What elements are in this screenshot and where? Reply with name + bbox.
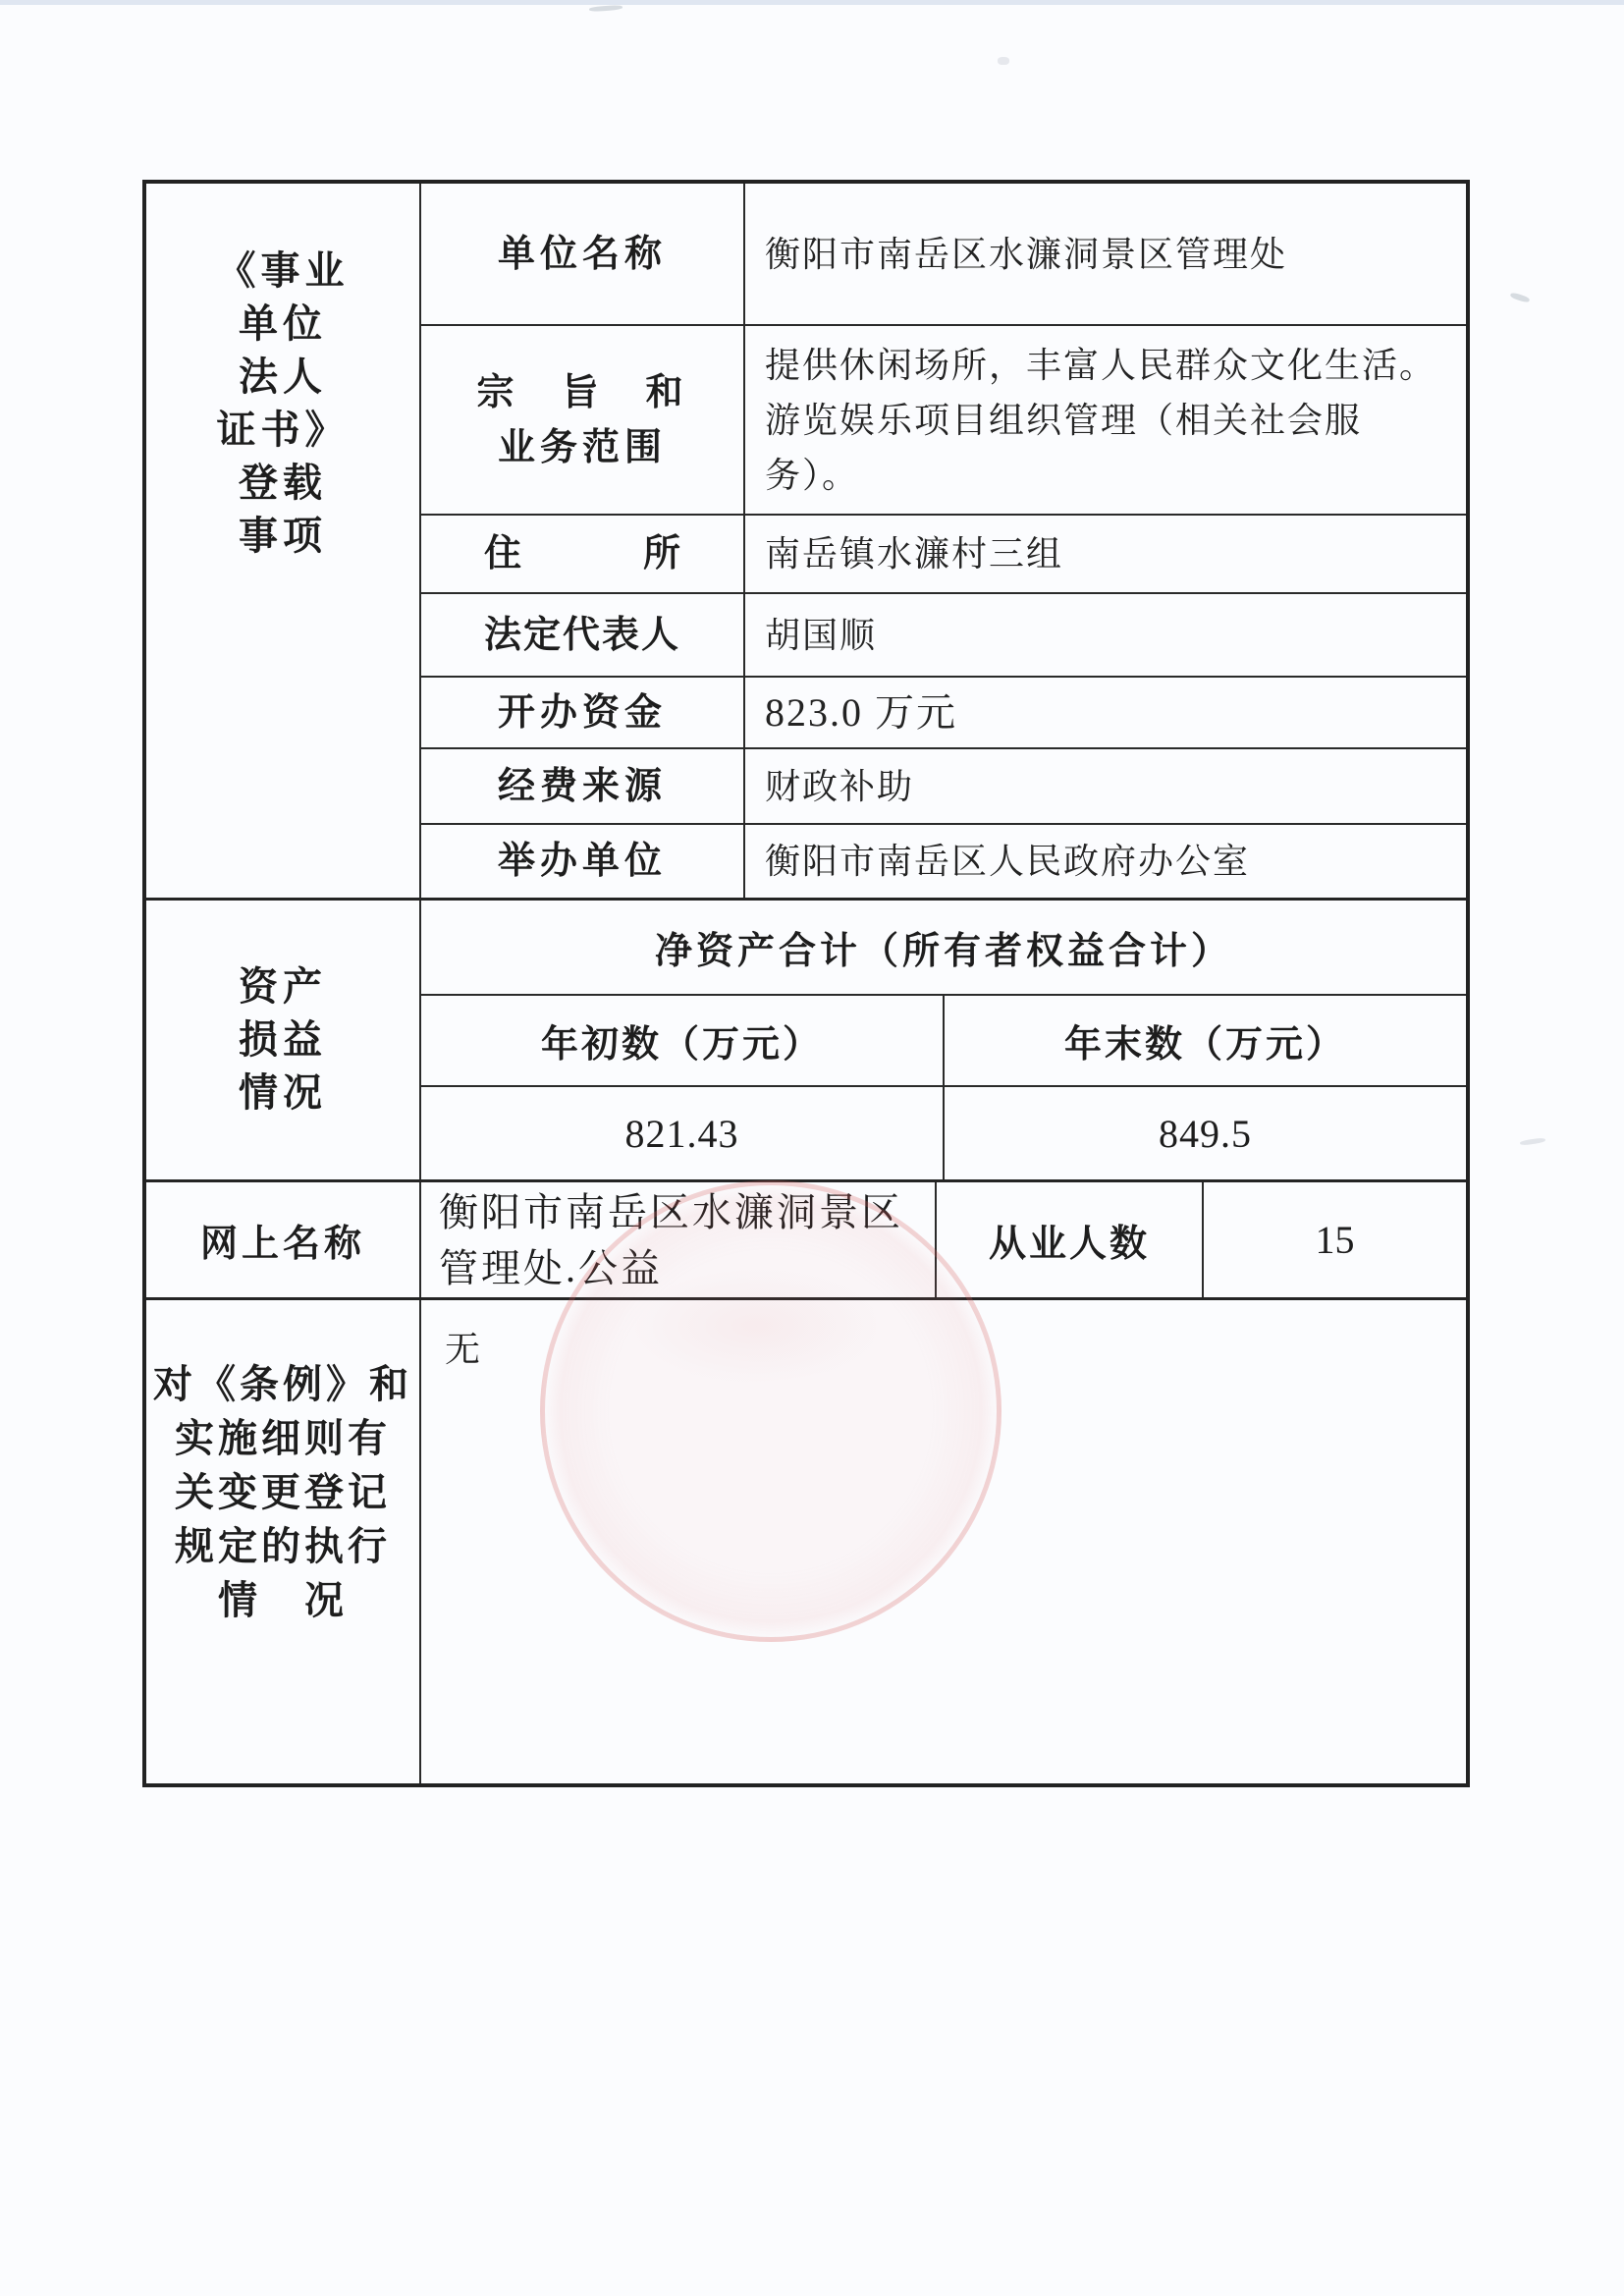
mission-scope-label: 宗 旨 和 业务范围 (421, 326, 745, 514)
staff-count-label: 从业人数 (937, 1182, 1204, 1297)
certificate-items-section: 《事业 单位 法人 证书》 登载 事项 单位名称 衡阳市南岳区水濂洞景区管理处 … (146, 184, 1466, 901)
row-funding-source: 经费来源 财政补助 (421, 749, 1466, 825)
staff-count-value: 15 (1204, 1182, 1466, 1297)
unit-name-label: 单位名称 (421, 184, 745, 324)
scan-speck (998, 57, 1009, 65)
scanned-document-page: 《事业 单位 法人 证书》 登载 事项 单位名称 衡阳市南岳区水濂洞景区管理处 … (0, 0, 1624, 2296)
address-value: 南岳镇水濂村三组 (745, 516, 1466, 592)
mission-value-line: 游览娱乐项目组织管理（相关社会服务）。 (765, 393, 1446, 503)
side-label-line: 事项 (239, 510, 327, 563)
online-name-label: 网上名称 (146, 1182, 421, 1297)
organizer-label: 举办单位 (421, 825, 745, 898)
address-label: 住 所 (421, 516, 745, 592)
online-name-section: 网上名称 衡阳市南岳区水濂洞景区 管理处.公益 从业人数 15 (146, 1182, 1466, 1300)
opening-capital-label: 开办资金 (421, 678, 745, 747)
legal-representative-value: 胡国顺 (745, 594, 1466, 676)
unit-name-value: 衡阳市南岳区水濂洞景区管理处 (745, 184, 1466, 324)
side-label-line: 法人 (239, 351, 327, 404)
compliance-label-line: 关变更登记 (175, 1465, 391, 1519)
assets-subheader-row: 年初数（万元） 年末数（万元） (421, 996, 1466, 1087)
scan-edge-artifact (0, 0, 1624, 5)
address-label-char: 所 (643, 526, 680, 581)
assets-values-row: 821.43 849.5 (421, 1087, 1466, 1179)
online-name-line: 管理处.公益 (439, 1240, 917, 1296)
side-label-line: 损益 (239, 1013, 327, 1066)
side-label-line: 情况 (239, 1066, 327, 1120)
address-label-char: 住 (484, 526, 521, 581)
funding-source-label: 经费来源 (421, 749, 745, 823)
row-mission-scope: 宗 旨 和 业务范围 提供休闲场所，丰富人民群众文化生活。 游览娱乐项目组织管理… (421, 326, 1466, 516)
net-assets-header: 净资产合计（所有者权益合计） (421, 901, 1466, 996)
compliance-label-line: 对《条例》和 (153, 1357, 412, 1411)
scan-speck (589, 5, 623, 12)
opening-capital-value: 823.0 万元 (745, 678, 1466, 747)
certificate-side-label: 《事业 单位 法人 证书》 登载 事项 (146, 184, 421, 898)
side-label-line: 登载 (239, 457, 327, 510)
side-label-line: 《事业 (217, 245, 350, 298)
funding-source-value: 财政补助 (745, 749, 1466, 823)
mission-label-line: 业务范围 (498, 420, 667, 475)
online-name-value: 衡阳市南岳区水濂洞景区 管理处.公益 (421, 1182, 937, 1297)
side-label-line: 证书》 (217, 404, 350, 457)
row-organizer: 举办单位 衡阳市南岳区人民政府办公室 (421, 825, 1466, 898)
certificate-rows: 单位名称 衡阳市南岳区水濂洞景区管理处 宗 旨 和 业务范围 提供休闲场所，丰富… (421, 184, 1466, 898)
side-label-line: 单位 (239, 298, 327, 351)
side-label-line: 资产 (239, 960, 327, 1013)
address-label-chars: 住 所 (484, 526, 680, 581)
compliance-label-line: 情 况 (218, 1573, 348, 1627)
compliance-label-line: 实施细则有 (175, 1411, 391, 1465)
scan-speck (1510, 292, 1531, 303)
compliance-label-line: 规定的执行 (175, 1519, 391, 1573)
assets-section: 资产 损益 情况 净资产合计（所有者权益合计） 年初数（万元） 年末数（万元） … (146, 901, 1466, 1182)
year-end-value: 849.5 (945, 1087, 1466, 1179)
compliance-label: 对《条例》和 实施细则有 关变更登记 规定的执行 情 况 (146, 1300, 421, 1783)
compliance-section: 对《条例》和 实施细则有 关变更登记 规定的执行 情 况 无 (146, 1300, 1466, 1783)
legal-representative-label: 法定代表人 (421, 594, 745, 676)
scan-speck (1520, 1137, 1545, 1146)
assets-side-label: 资产 损益 情况 (146, 901, 421, 1179)
year-begin-value: 821.43 (421, 1087, 945, 1179)
organizer-value: 衡阳市南岳区人民政府办公室 (745, 825, 1466, 898)
row-address: 住 所 南岳镇水濂村三组 (421, 516, 1466, 594)
row-legal-representative: 法定代表人 胡国顺 (421, 594, 1466, 678)
mission-value-line: 提供休闲场所，丰富人民群众文化生活。 (765, 338, 1436, 393)
row-opening-capital: 开办资金 823.0 万元 (421, 678, 1466, 749)
compliance-value: 无 (421, 1300, 1466, 1783)
year-end-header: 年末数（万元） (945, 996, 1466, 1085)
online-name-line: 衡阳市南岳区水濂洞景区 (439, 1184, 917, 1240)
registration-form-table: 《事业 单位 法人 证书》 登载 事项 单位名称 衡阳市南岳区水濂洞景区管理处 … (142, 180, 1470, 1787)
mission-label-line: 宗 旨 和 (476, 365, 687, 420)
year-begin-header: 年初数（万元） (421, 996, 945, 1085)
assets-content: 净资产合计（所有者权益合计） 年初数（万元） 年末数（万元） 821.43 84… (421, 901, 1466, 1179)
mission-scope-value: 提供休闲场所，丰富人民群众文化生活。 游览娱乐项目组织管理（相关社会服务）。 (745, 326, 1466, 514)
row-unit-name: 单位名称 衡阳市南岳区水濂洞景区管理处 (421, 184, 1466, 326)
